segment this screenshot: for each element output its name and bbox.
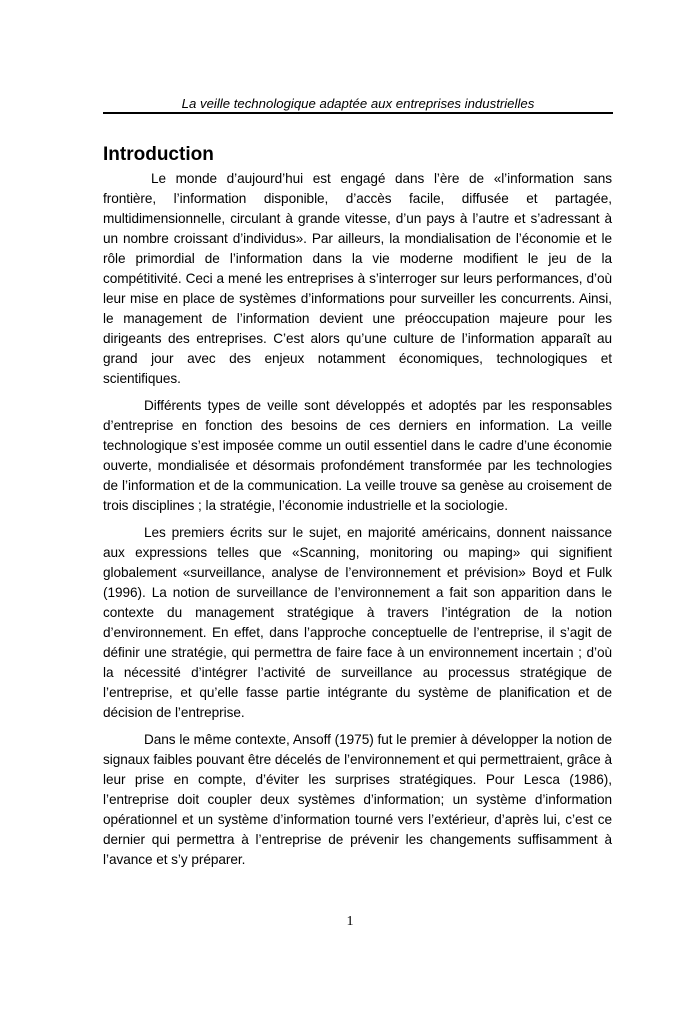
running-header: La veille technologique adaptée aux entr… bbox=[103, 96, 613, 114]
paragraph-1: Le monde d’aujourd’hui est engagé dans l… bbox=[103, 169, 612, 389]
section-title: Introduction bbox=[103, 144, 612, 166]
paragraph-2: Différents types de veille sont développ… bbox=[103, 396, 612, 516]
paragraph-3: Les premiers écrits sur le sujet, en maj… bbox=[103, 523, 612, 723]
page-number: 1 bbox=[0, 914, 700, 930]
paragraph-4: Dans le même contexte, Ansoff (1975) fut… bbox=[103, 730, 612, 870]
page-content: Introduction Le monde d’aujourd’hui est … bbox=[103, 144, 612, 877]
